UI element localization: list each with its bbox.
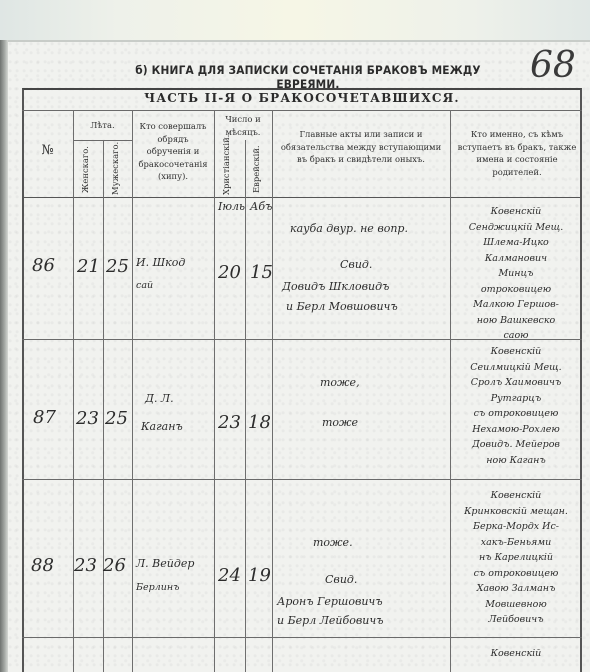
acts-line-1: кауба двур. не вопр. xyxy=(290,222,408,235)
parties-line: Хавою Залманъ xyxy=(452,581,580,597)
age-male: 25 xyxy=(106,256,129,277)
page-number: 68 xyxy=(530,42,590,90)
date-jewish: 18 xyxy=(248,412,271,433)
parties-line: Кринковскій мещан. xyxy=(452,504,580,520)
parties-line: отроковицею xyxy=(452,282,580,298)
parties-line: Ковенскій xyxy=(452,204,580,220)
date-jewish: 15 xyxy=(250,262,273,283)
parties-line: Малкою Гершов- xyxy=(452,297,580,313)
col-rule-6 xyxy=(272,110,273,672)
officiant-line-2: Каганъ xyxy=(141,420,183,433)
book-title: б) КНИГА ДЛЯ ЗАПИСКИ СОЧЕТАНІЯ БРАКОВЪ М… xyxy=(133,63,483,91)
partial-row-parties: Ковенскій xyxy=(452,646,580,662)
parties-block: Ковенскій Сенджицкій Мещ. Шлема-Ицко Кал… xyxy=(452,204,580,344)
acts-line-2: тоже xyxy=(322,416,358,429)
col-rule-4 xyxy=(214,110,215,672)
officiant-line-2: сай xyxy=(136,280,153,291)
header-age-group: Лѣта. xyxy=(73,119,132,132)
acts-line-4: и Берл Мовшовичъ xyxy=(286,300,398,313)
acts-line-1: тоже, xyxy=(320,376,360,389)
parties-line: Берка-Мордх Ис- xyxy=(452,519,580,535)
parties-line: Ковенскій xyxy=(452,344,580,360)
parties-line: ною Каганъ xyxy=(452,453,580,469)
parties-line: Нехамою-Рохлею xyxy=(452,422,580,438)
parties-block: Ковенскій Кринковскій мещан. Берка-Мордх… xyxy=(452,488,580,628)
row-rule-88 xyxy=(22,637,582,638)
col-rule-7 xyxy=(450,110,451,672)
book-binding xyxy=(0,40,8,672)
month-jewish: Абъ xyxy=(250,200,272,213)
acts-line-3: Довидъ Шкловидъ xyxy=(282,280,389,293)
col-rule-2 xyxy=(103,140,104,672)
date-jewish: 19 xyxy=(248,565,271,586)
parties-line: Шлема-Ицко xyxy=(452,235,580,251)
parties-line: Довидъ. Мейеров xyxy=(452,437,580,453)
officiant-line-1: Л. Вейдер xyxy=(136,557,194,570)
parties-line: хакъ-Беньями xyxy=(452,535,580,551)
age-female: 23 xyxy=(74,555,97,576)
parties-line: Рутгарцъ xyxy=(452,391,580,407)
record-number: 87 xyxy=(33,407,56,428)
officiant-line-2: Берлинъ xyxy=(136,582,179,593)
acts-line-3: Аронъ Гершовичъ xyxy=(277,595,383,608)
record-number: 86 xyxy=(32,255,55,276)
acts-line-1: тоже. xyxy=(313,536,353,549)
parties-line: нъ Карелицкій xyxy=(452,550,580,566)
parties-line: Лейбовичъ xyxy=(452,612,580,628)
header-bottom-rule xyxy=(22,197,582,198)
header-parties: Кто именно, съ кѣмъ вступаетъ въ бракъ, … xyxy=(454,128,580,178)
officiant-line-1: Д. Л. xyxy=(145,392,174,405)
parties-line: ною Вашкевско xyxy=(452,313,580,329)
header-top-rule xyxy=(22,110,582,111)
row-rule-87 xyxy=(22,479,582,480)
parties-line: Сенджицкій Мещ. xyxy=(452,220,580,236)
age-female: 23 xyxy=(76,408,99,429)
header-number: № xyxy=(22,145,73,158)
parties-line: Ковенскій xyxy=(452,646,580,662)
header-age-female: Женскаго. xyxy=(80,145,96,195)
parties-line: саою xyxy=(452,328,580,344)
date-christian: 24 xyxy=(218,565,241,586)
parties-line: съ отроковицею xyxy=(452,406,580,422)
record-number: 88 xyxy=(31,555,54,576)
parties-line: Сролъ Хаимовичъ xyxy=(452,375,580,391)
col-rule-5 xyxy=(245,140,246,672)
part-title: ЧАСТЬ II-Я О БРАКОСОЧЕТАВШИХСЯ. xyxy=(24,91,580,105)
officiant-line-1: И. Шкод xyxy=(136,256,185,269)
date-christian: 23 xyxy=(218,412,241,433)
acts-line-4: и Берл Лейбовичъ xyxy=(277,614,384,627)
scanner-edge xyxy=(0,0,590,42)
month-christian: Іюль xyxy=(218,200,245,213)
age-male: 25 xyxy=(105,408,128,429)
acts-line-2: Свид. xyxy=(340,258,372,271)
header-date-jewish: Еврейскій. xyxy=(251,143,267,195)
header-acts: Главные акты или записи и обязательства … xyxy=(278,128,444,166)
parties-line: съ отроковицею xyxy=(452,566,580,582)
parties-block: Ковенскій Сеилмицкій Мещ. Сролъ Хаимович… xyxy=(452,344,580,468)
col-rule-3 xyxy=(132,110,133,672)
age-male: 26 xyxy=(103,555,126,576)
col-rule-1 xyxy=(73,110,74,672)
parties-line: Минцъ xyxy=(452,266,580,282)
date-christian: 20 xyxy=(218,262,241,283)
header-date-christian: Христіанскій. xyxy=(221,143,237,195)
header-officiant: Кто совершалъ обрядъ обрученія и бракосо… xyxy=(136,120,210,183)
parties-line: Мовшевною xyxy=(452,597,580,613)
parties-line: Калманович xyxy=(452,251,580,267)
parties-line: Сеилмицкій Мещ. xyxy=(452,360,580,376)
header-age-male: Мужескаго. xyxy=(110,145,126,195)
age-female: 21 xyxy=(77,256,100,277)
acts-line-2: Свид. xyxy=(325,573,357,586)
parties-line: Ковенскій xyxy=(452,488,580,504)
